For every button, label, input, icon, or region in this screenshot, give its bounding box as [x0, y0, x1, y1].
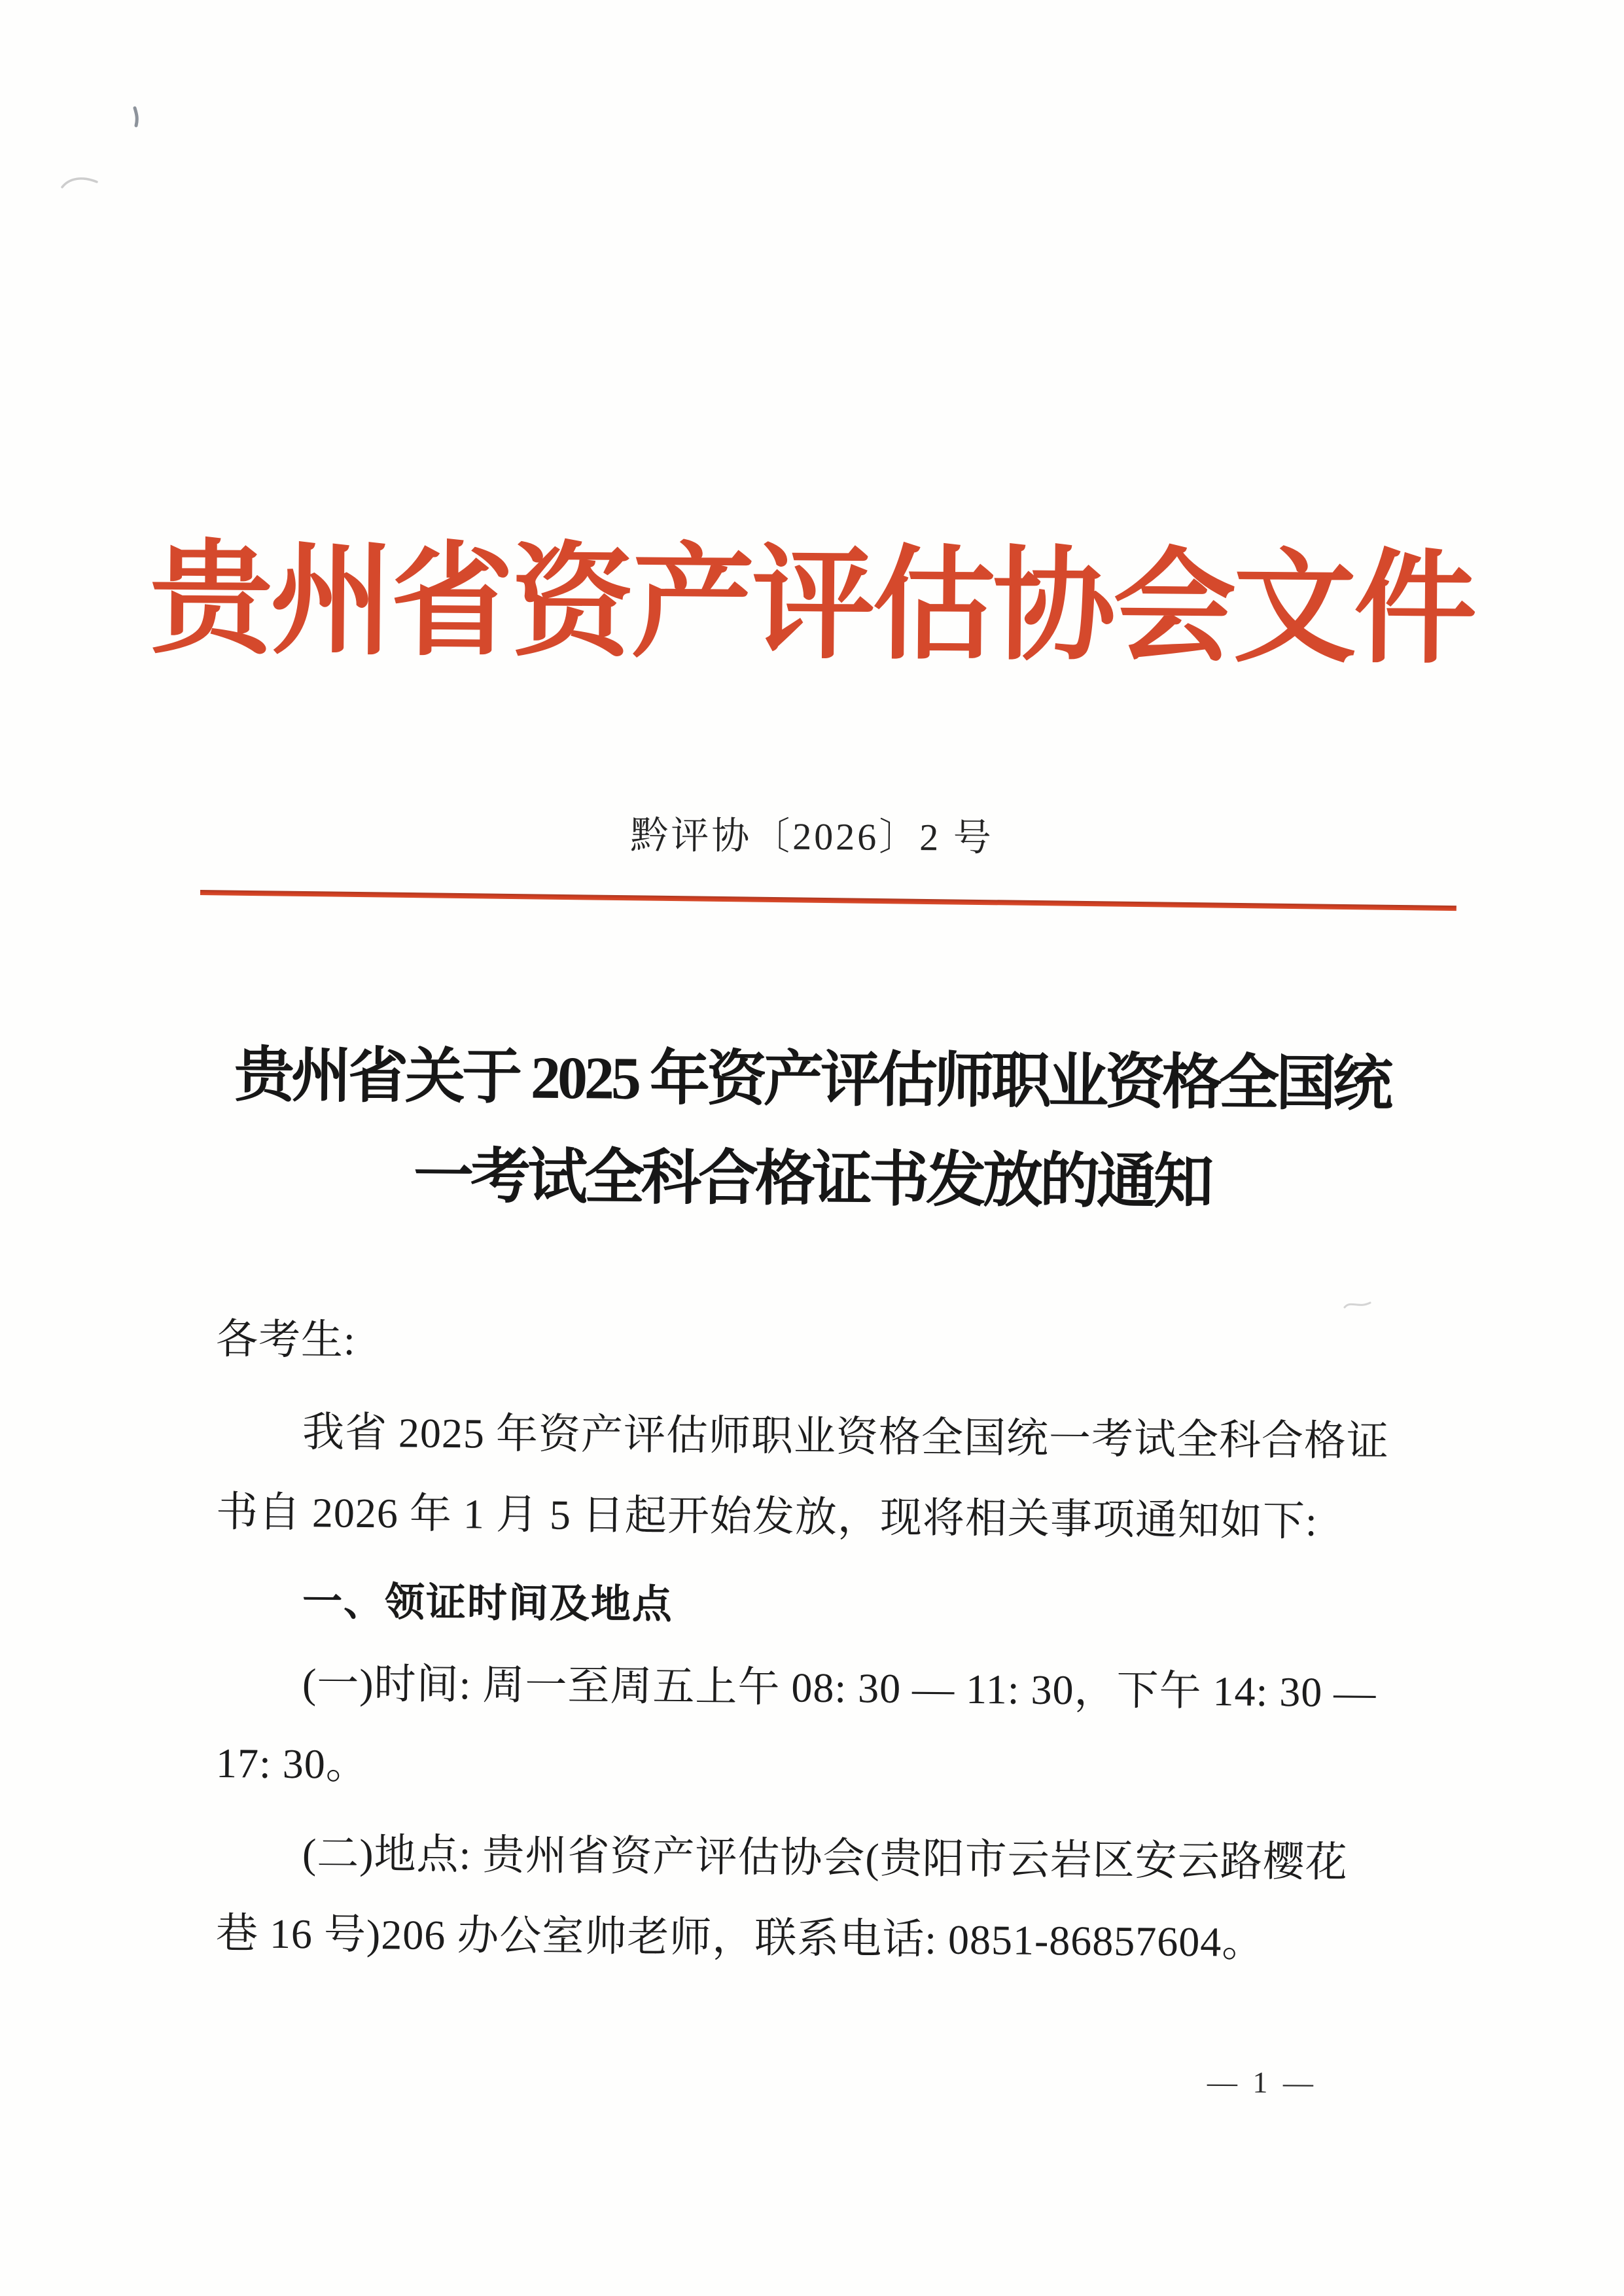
red-divider-line: [200, 890, 1456, 911]
scan-artifact-smudge: [1343, 1298, 1373, 1314]
pickup-place-line-2: 巷 16 号)206 办公室帅老师，联系电话: 0851-86857604。: [216, 1909, 1265, 1967]
pickup-place-line-1: (二)地点: 贵州省资产评估协会(贵阳市云岩区安云路樱花: [302, 1829, 1348, 1887]
intro-paragraph-line-2: 书自 2026 年 1 月 5 日起开始发放，现将相关事项通知如下:: [216, 1488, 1318, 1546]
intro-paragraph-line-1: 我省 2025 年资产评估师职业资格全国统一考试全科合格证: [302, 1408, 1390, 1466]
page-number: — 1 —: [1207, 2065, 1317, 2100]
notice-title-line-1: 贵州省关于 2025 年资产评估师职业资格全国统: [0, 1039, 1624, 1121]
scanned-document-page: 贵州省资产评估协会文件 黔评协〔2026〕2 号 贵州省关于 2025 年资产评…: [0, 0, 1624, 2296]
scan-artifact-curve: [60, 174, 99, 194]
salutation: 各考生:: [216, 1315, 356, 1365]
scan-artifact-tick: [130, 106, 145, 130]
letterhead-org-title: 贵州省资产评估协会文件: [0, 531, 1624, 679]
pickup-time-line-1: (一)时间: 周一至周五上午 08: 30 — 11: 30，下午 14: 30…: [302, 1659, 1377, 1717]
notice-title-line-2: 一考试全科合格证书发放的通知: [0, 1139, 1624, 1220]
pickup-time-line-2: 17: 30。: [216, 1739, 368, 1789]
section-1-heading: 一、领证时间及地点: [302, 1577, 674, 1629]
document-number: 黔评协〔2026〕2 号: [0, 808, 1624, 865]
